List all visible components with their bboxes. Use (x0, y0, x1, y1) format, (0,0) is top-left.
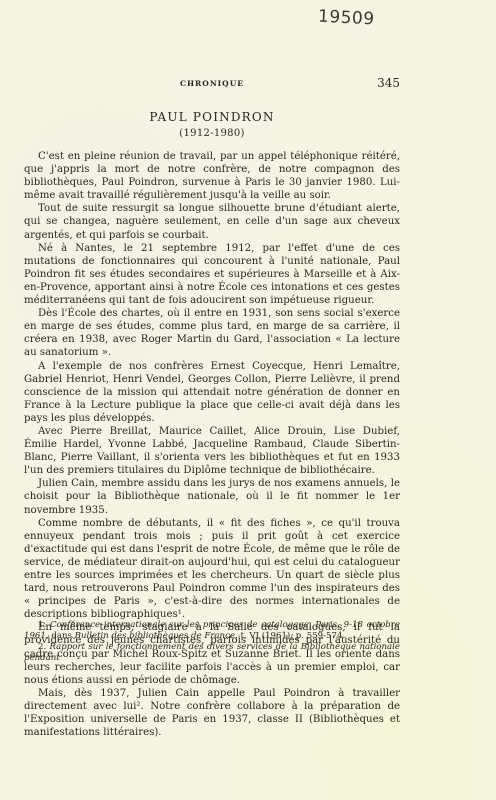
footnote-italic: Rapport sur le fonctionnement des divers… (24, 642, 400, 663)
section-title: CHRONIQUE (24, 79, 400, 88)
footnote-italic: Bulletin des bibliothèques de France (75, 631, 235, 641)
paragraph: C'est en pleine réunion de travail, par … (24, 150, 400, 202)
page-number: 345 (377, 76, 400, 90)
footnote-text: , dans (46, 631, 72, 641)
paragraph: Tout de suite ressurgit sa longue silhou… (24, 202, 400, 241)
handwritten-annotation: 19509 (318, 7, 376, 30)
paragraph: Comme nombre de débutants, il « fit des … (24, 517, 400, 622)
paragraph: Avec Pierre Breillat, Maurice Caillet, A… (24, 425, 400, 477)
paragraph: Né à Nantes, le 21 septembre 1912, par l… (24, 242, 400, 307)
article-title: PAUL POINDRON (24, 110, 400, 124)
paragraph: Dès l'École des chartes, où il entre en … (24, 307, 400, 359)
footnote-text: , t. VI (1961), p. 559-574. (235, 631, 345, 641)
paragraph: Julien Cain, membre assidu dans les jury… (24, 477, 400, 516)
paragraph: A l'exemple de nos confrères Ernest Coye… (24, 360, 400, 425)
footnote-number: 1. (38, 620, 46, 630)
footnotes: 1. Conférence internationale sur les pri… (24, 620, 400, 664)
footnote-2: 2. Rapport sur le fonctionnement des div… (24, 642, 400, 664)
paragraph: Mais, dès 1937, Julien Cain appelle Paul… (24, 687, 400, 739)
running-head: CHRONIQUE 345 (24, 76, 400, 92)
footnote-1: 1. Conférence internationale sur les pri… (24, 620, 400, 642)
article-dates: (1912-1980) (24, 128, 400, 139)
footnote-number: 2. (38, 642, 46, 652)
